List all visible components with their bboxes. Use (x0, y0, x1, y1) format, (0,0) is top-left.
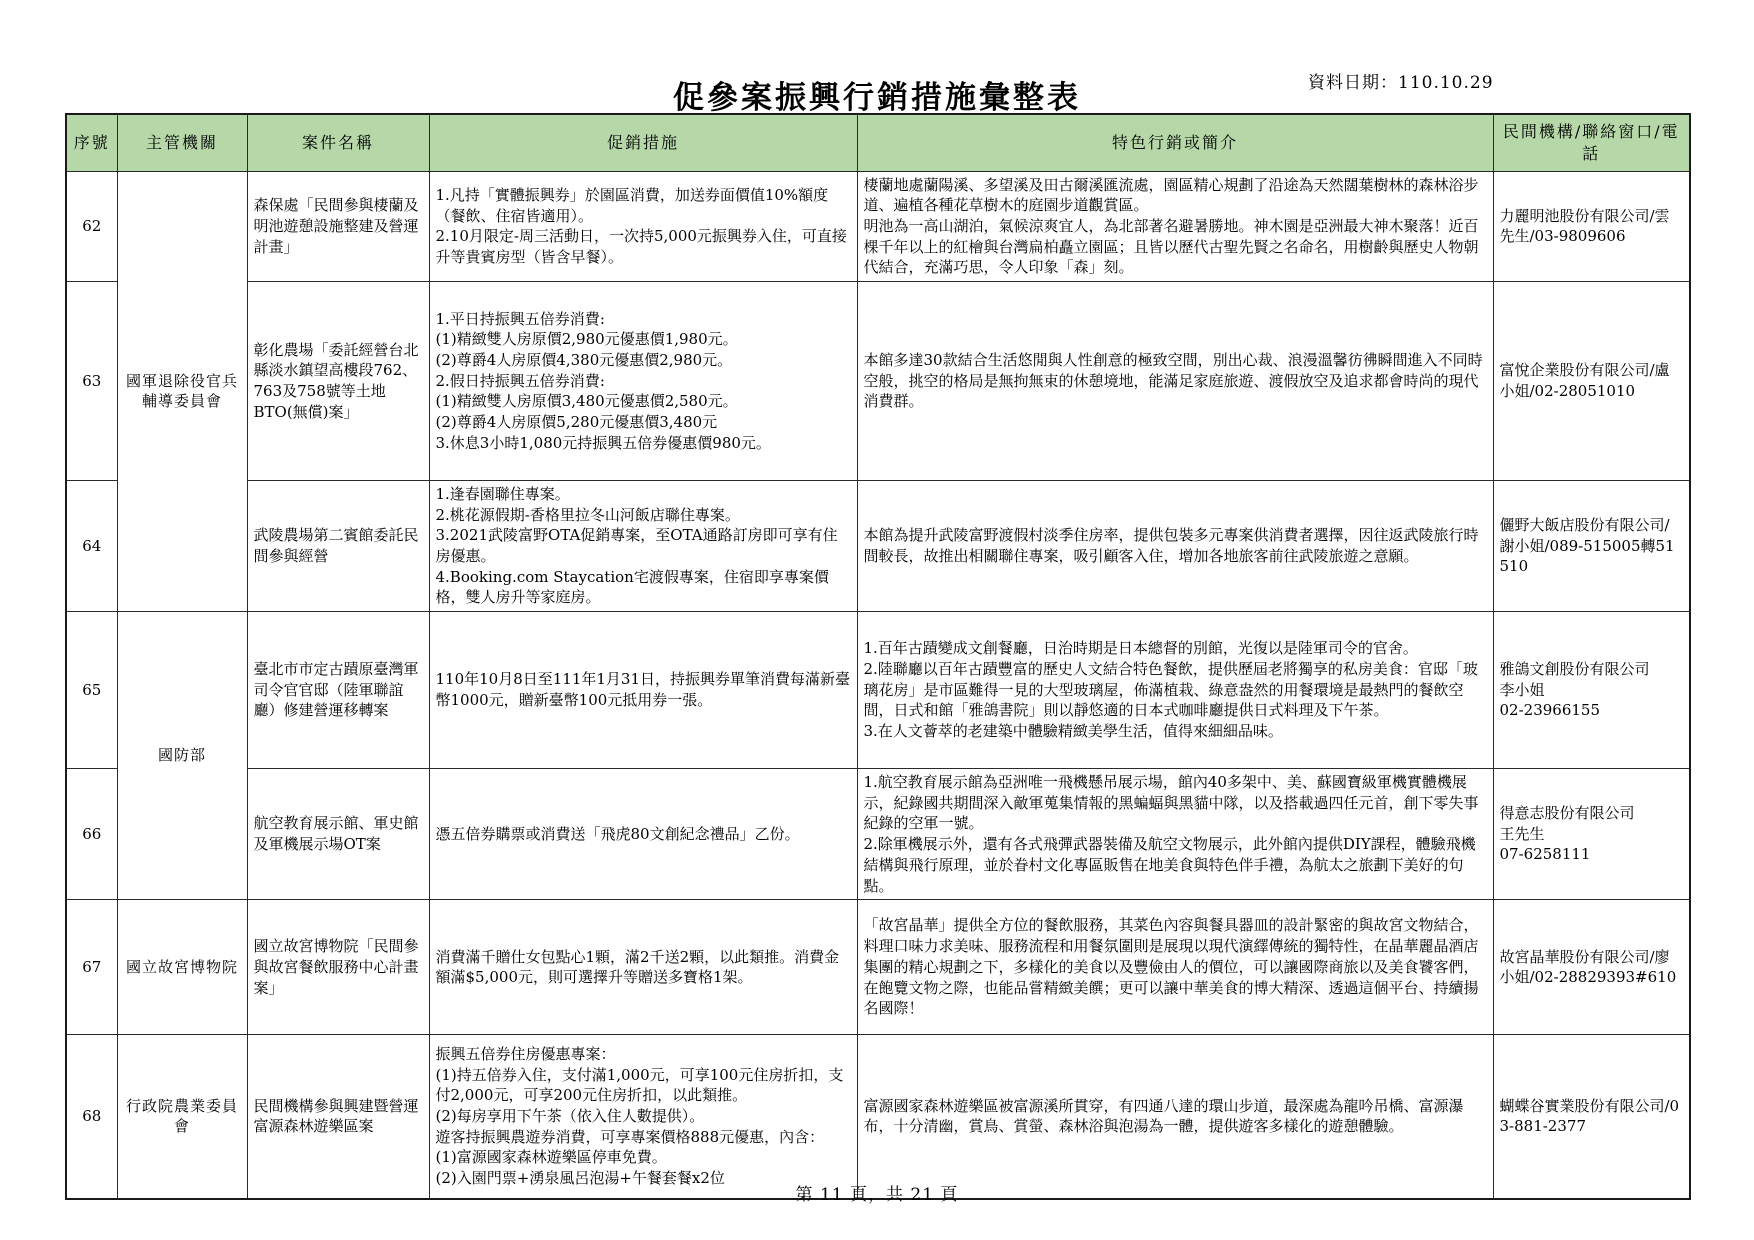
row-number-cell: 65 (66, 612, 117, 769)
row-number-cell: 64 (66, 480, 117, 611)
case-name-cell: 武陵農場第二賓館委託民間參與經營 (247, 480, 429, 611)
col-header-contact: 民間機構/聯絡窗口/電話 (1493, 114, 1690, 171)
case-name-cell: 彰化農場「委託經營台北縣淡水鎮望高樓段762、763及758號等土地BTO(無償… (247, 281, 429, 480)
case-name-cell: 民間機構參與興建暨營運富源森林遊樂區案 (247, 1035, 429, 1199)
agency-cell-coa: 行政院農業委員會 (117, 1035, 247, 1199)
data-date-label: 資料日期：110.10.29 (1308, 68, 1494, 93)
feature-cell: 1.航空教育展示館為亞洲唯一飛機懸吊展示場，館內40多架中、美、蘇國寶級軍機實體… (857, 769, 1493, 900)
contact-cell: 故宮晶華股份有限公司/廖小姐/02-28829393#610 (1493, 900, 1690, 1035)
col-header-agency: 主管機關 (117, 114, 247, 171)
feature-cell: 「故宮晶華」提供全方位的餐飲服務，其菜色內容與餐具器皿的設計緊密的與故宮文物結合… (857, 900, 1493, 1035)
contact-cell: 富悅企業股份有限公司/盧小姐/02-28051010 (1493, 281, 1690, 480)
promo-cell: 1.平日持振興五倍券消費: (1)精緻雙人房原價2,980元優惠價1,980元。… (429, 281, 857, 480)
col-header-feature: 特色行銷或簡介 (857, 114, 1493, 171)
row-number-cell: 63 (66, 281, 117, 480)
row-number-cell: 67 (66, 900, 117, 1035)
agency-cell-npm: 國立故宮博物院 (117, 900, 247, 1035)
contact-cell: 雅鴿文創股份有限公司 李小姐 02-23966155 (1493, 612, 1690, 769)
row-number-cell: 68 (66, 1035, 117, 1199)
row-number-cell: 62 (66, 171, 117, 281)
feature-cell: 1.百年古蹟變成文創餐廳，日治時期是日本總督的別館，光復以是陸軍司令的官舍。 2… (857, 612, 1493, 769)
agency-cell-vac: 國軍退除役官兵輔導委員會 (117, 171, 247, 612)
header-row: 序號 主管機關 案件名稱 促銷措施 特色行銷或簡介 民間機構/聯絡窗口/電話 (66, 114, 1690, 171)
contact-cell: 得意志股份有限公司 王先生 07-6258111 (1493, 769, 1690, 900)
case-name-cell: 國立故宮博物院「民間參與故宮餐飲服務中心計畫案」 (247, 900, 429, 1035)
table-row-67: 67 國立故宮博物院 國立故宮博物院「民間參與故宮餐飲服務中心計畫案」 消費滿千… (66, 900, 1690, 1035)
document-page: 促參案振興行銷措施彙整表 資料日期：110.10.29 序號 主管機關 案件名稱… (0, 0, 1754, 1240)
case-name-cell: 森保處「民間參與棲蘭及明池遊憩設施整建及營運計畫」 (247, 171, 429, 281)
table-row-62: 62 國軍退除役官兵輔導委員會 森保處「民間參與棲蘭及明池遊憩設施整建及營運計畫… (66, 171, 1690, 281)
table-row-65: 65 國防部 臺北市市定古蹟原臺灣軍司令官官邸（陸軍聯誼廳）修建營運移轉案 11… (66, 612, 1690, 769)
col-header-case: 案件名稱 (247, 114, 429, 171)
promo-cell: 消費滿千贈仕女包點心1顆，滿2千送2顆，以此類推。消費金額滿$5,000元，則可… (429, 900, 857, 1035)
col-header-no: 序號 (66, 114, 117, 171)
promo-cell: 1.逢春園聯住專案。 2.桃花源假期-香格里拉冬山河飯店聯住專案。 3.2021… (429, 480, 857, 611)
table-row-66: 66 航空教育展示館、軍史館及軍機展示場OT案 憑五倍券購票或消費送「飛虎80文… (66, 769, 1690, 900)
promo-cell: 振興五倍券住房優惠專案： (1)持五倍券入住，支付滿1,000元，可享100元住… (429, 1035, 857, 1199)
table-row-68: 68 行政院農業委員會 民間機構參與興建暨營運富源森林遊樂區案 振興五倍券住房優… (66, 1035, 1690, 1199)
feature-cell: 富源國家森林遊樂區被富源溪所貫穿，有四通八達的環山步道，最深處為龍吟吊橋、富源瀑… (857, 1035, 1493, 1199)
promo-cell: 110年10月8日至111年1月31日，持振興券單筆消費每滿新臺幣1000元，贈… (429, 612, 857, 769)
contact-cell: 儷野大飯店股份有限公司/謝小姐/089-515005轉51510 (1493, 480, 1690, 611)
feature-cell: 本館為提升武陵富野渡假村淡季住房率，提供包裝多元專案供消費者選擇，因往返武陵旅行… (857, 480, 1493, 611)
table-row-63: 63 彰化農場「委託經營台北縣淡水鎮望高樓段762、763及758號等土地BTO… (66, 281, 1690, 480)
promo-cell: 1.凡持「實體振興券」於園區消費，加送券面價值10%額度（餐飲、住宿皆適用）。 … (429, 171, 857, 281)
table-row-64: 64 武陵農場第二賓館委託民間參與經營 1.逢春園聯住專案。 2.桃花源假期-香… (66, 480, 1690, 611)
page-footer: 第 11 頁，共 21 頁 (0, 1180, 1754, 1205)
feature-cell: 本館多達30款結合生活悠閒與人性創意的極致空間，別出心裁、浪漫溫馨彷彿瞬間進入不… (857, 281, 1493, 480)
contact-cell: 力麗明池股份有限公司/雲先生/03-9809606 (1493, 171, 1690, 281)
col-header-promo: 促銷措施 (429, 114, 857, 171)
case-name-cell: 航空教育展示館、軍史館及軍機展示場OT案 (247, 769, 429, 900)
summary-table: 序號 主管機關 案件名稱 促銷措施 特色行銷或簡介 民間機構/聯絡窗口/電話 6… (65, 113, 1691, 1200)
case-name-cell: 臺北市市定古蹟原臺灣軍司令官官邸（陸軍聯誼廳）修建營運移轉案 (247, 612, 429, 769)
promo-cell: 憑五倍券購票或消費送「飛虎80文創紀念禮品」乙份。 (429, 769, 857, 900)
contact-cell: 蝴蝶谷實業股份有限公司/03-881-2377 (1493, 1035, 1690, 1199)
feature-cell: 棲蘭地處蘭陽溪、多望溪及田古爾溪匯流處，園區精心規劃了沿途為天然闊葉樹林的森林浴… (857, 171, 1493, 281)
row-number-cell: 66 (66, 769, 117, 900)
agency-cell-mnd: 國防部 (117, 612, 247, 900)
